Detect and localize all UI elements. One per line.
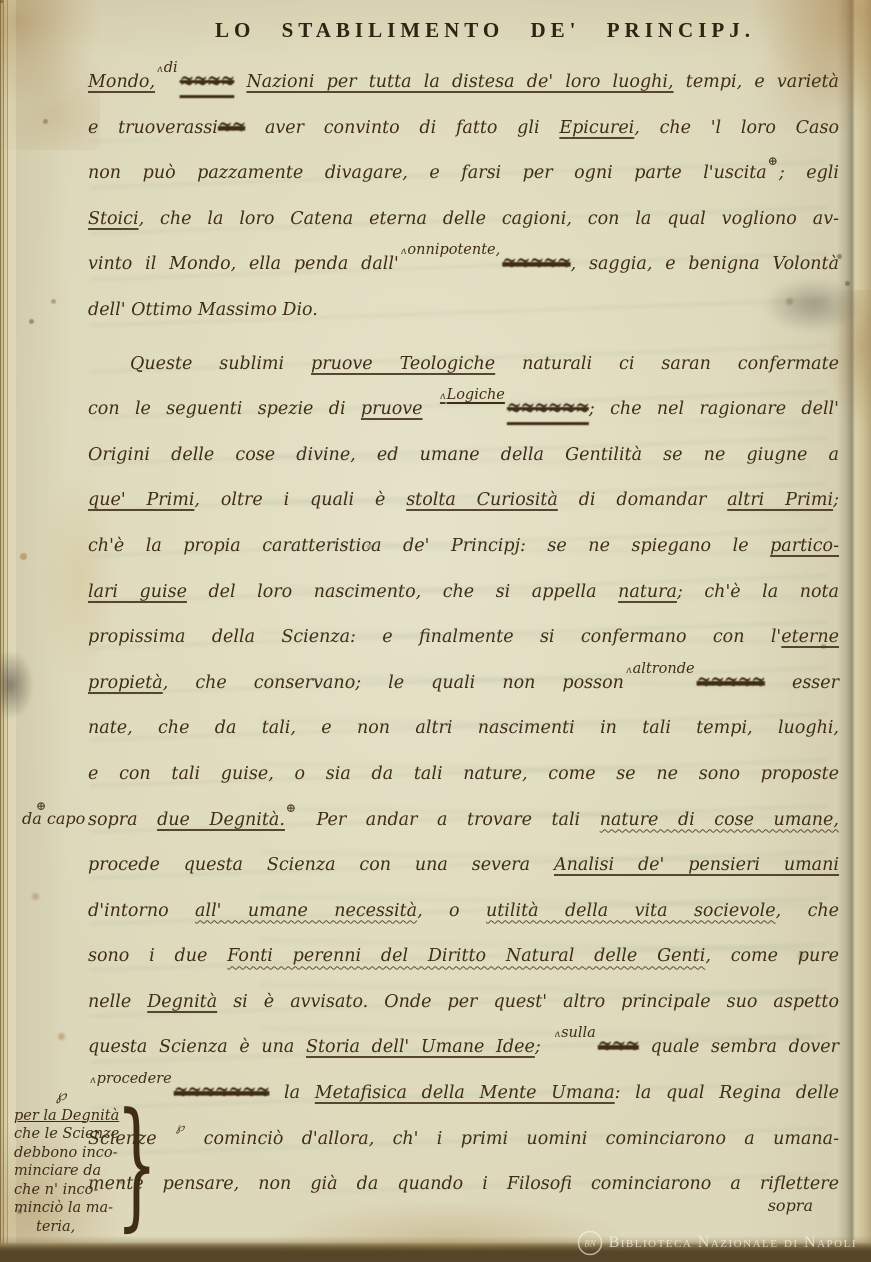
handwritten-text: , che 'l loro Caso [634,118,839,138]
handwritten-text: Epicurei [559,118,634,138]
handwritten-text: ch'è la propia caratteristica de' Princi… [88,536,770,556]
manuscript-line: que' Primi, oltre i quali è stolta Curio… [88,478,839,524]
handwritten-text: esser [765,673,839,693]
handwritten-text: propietà [88,673,163,693]
interlinear-insertion: altronde [626,669,695,671]
handwritten-text: , che [776,901,839,921]
handwritten-text: due Degnità. [157,810,285,830]
margin-note-line: minciare da [14,1162,132,1181]
handwritten-text: Stoici [88,209,139,229]
margin-note-degnita: ℘ per la Degnitàche le Scienzedebbono in… [14,1086,132,1236]
manuscript-line: Stoici, che la loro Catena eterna delle … [88,197,839,243]
manuscript-line: propietà, che conservano; le quali non p… [88,661,839,707]
interlinear-insertion: sulla [554,1033,595,1035]
handwritten-text: Nazioni per tutta la distesa de' loro lu… [246,72,673,92]
manuscript-line: ch'è la propia caratteristica de' Princi… [88,524,839,570]
watermark-text: Biblioteca Nazionale di Napoli [609,1234,857,1252]
manuscript-scan: { "page": { "title": "LO STABILIMENTO DE… [0,0,871,1262]
handwritten-text: Per andar a trovare tali [297,810,600,830]
cancelled-scribble: ≈≈≈≈≈≈≈ [174,1060,270,1128]
handwritten-text: , oltre i quali è [194,490,406,510]
handwritten-text: con le seguenti spezie di [88,399,361,419]
handwritten-text: nate, che da tali, e non altri nasciment… [88,718,839,738]
library-seal-icon: BN [577,1230,603,1256]
handwritten-text: non può pazzamente divagare, e farsi per… [88,163,767,183]
handwritten-text: pruove Teologiche [311,354,495,374]
handwritten-text: d'intorno [88,901,195,921]
cancelled-scribble: ≈≈≈ [598,1014,639,1082]
margin-note-da-capo: ⊕ da capo [22,799,85,828]
handwritten-text: , che la loro Catena eterna delle cagion… [139,209,839,229]
handwritten-text: mente pensare, non già da quando i Filos… [88,1174,839,1194]
cancelled-scribble: ≈≈ [218,94,245,162]
handwritten-text: Queste sublimi [130,354,311,374]
manuscript-line: Queste sublimi pruove Teologiche natural… [88,342,839,388]
handwritten-text: ; che nel ragionare dell' [589,399,839,419]
handwritten-text [234,72,246,92]
library-watermark: BN Biblioteca Nazionale di Napoli [577,1230,857,1256]
interlinear-insertion: Logiche [440,395,505,397]
handwritten-text: all' umane necessità [195,901,417,921]
handwritten-text: nature di cose umane, [600,810,839,830]
handwritten-text: e truoverassi [88,118,218,138]
manuscript-line: vinto il Mondo, ella penda dall'onnipote… [88,242,839,288]
paragraph: Queste sublimi pruove Teologiche natural… [88,342,839,1208]
manuscript-line: procedere≈≈≈≈≈≈≈ la Metafisica della Men… [88,1071,839,1117]
manuscript-line: procede questa Scienza con una severa An… [88,843,839,889]
handwritten-text: utilità della vita socievole [486,901,776,921]
book-gutter-edge [0,0,16,1262]
handwritten-text: procede questa Scienza con una severa [88,855,554,875]
handwritten-text: di domandar [558,490,727,510]
handwritten-text: ; egli [779,163,839,183]
handwritten-text: del loro nascimento, che si appella [187,582,618,602]
handwritten-text: Analisi de' pensieri umani [554,855,839,875]
handwritten-text: quale sembra dover [639,1037,839,1057]
page-fold-edge [837,0,871,1262]
handwritten-text: Metafisica della Mente Umana [315,1083,615,1103]
handwritten-text: la [269,1083,314,1103]
handwritten-text: partico- [770,536,839,556]
manuscript-line: sono i due Fonti perenni del Diritto Nat… [88,934,839,980]
handwritten-text: propissima della Scienza: e finalmente s… [88,627,781,647]
manuscript-line: Mondo,di≈≈≈≈ Nazioni per tutta la distes… [88,60,839,106]
handwritten-text: dell' Ottimo Massimo Dio. [88,300,318,320]
handwritten-text [423,399,438,419]
handwritten-text: altri Primi [727,490,833,510]
manuscript-line: mente pensare, non già da quando i Filos… [88,1162,839,1208]
manuscript-line: non può pazzamente divagare, e farsi per… [88,151,839,197]
handwritten-text: Fonti perenni del Diritto Natural delle … [227,946,705,966]
handwritten-text: ; [833,490,839,510]
handwritten-text: ; ch'è la nota [677,582,839,602]
cancelled-scribble: ≈≈≈≈≈ [502,231,570,299]
manuscript-line: con le seguenti spezie di pruove Logiche… [88,387,839,433]
margin-note-line: minciò la ma- [14,1199,132,1218]
manuscript-line: nelle Degnità si è avvisato. Onde per qu… [88,980,839,1026]
handwritten-text: natura [618,582,677,602]
svg-text:BN: BN [584,1239,596,1249]
manuscript-line: Origini delle cose divine, ed umane dell… [88,433,839,479]
manuscript-line: e con tali guise, o sia da tali nature, … [88,752,839,798]
handwritten-text: lari guise [88,582,187,602]
cancelled-scribble: ≈≈≈≈≈≈ [507,376,589,444]
paragraph: Mondo,di≈≈≈≈ Nazioni per tutta la distes… [88,60,839,334]
handwritten-text: , o [417,901,486,921]
handwritten-text: ; [535,1037,553,1057]
margin-note-line: che le Scienze [14,1125,132,1144]
margin-note-line: che n' inco- [14,1181,132,1200]
handwritten-text: , saggia, e benigna Volontà [571,254,839,274]
manuscript-line: dell' Ottimo Massimo Dio. [88,288,839,334]
handwritten-text: questa Scienza è una [88,1037,306,1057]
handwritten-text: : la qual Regina delle [615,1083,839,1103]
handwritten-text: nelle [88,992,147,1012]
margin-note-text: da capo [22,809,85,828]
cancelled-scribble: ≈≈≈≈≈ [697,649,765,717]
manuscript-line: d'intorno all' umane necessità, o utilit… [88,889,839,935]
margin-note-line: per la Degnità [14,1107,132,1126]
handwritten-text: Mondo, [88,72,155,92]
handwritten-text: Storia dell' Umane Idee [306,1037,535,1057]
margin-note-line: teria, [14,1218,132,1237]
margin-note-line: debbono inco- [14,1144,132,1163]
margin-note-lines: per la Degnitàche le Scienzedebbono inco… [14,1107,132,1237]
handwritten-text: que' Primi [88,490,194,510]
handwritten-text: sono i due [88,946,227,966]
handwritten-text: sopra [88,810,157,830]
handwritten-text: pruove [361,399,423,419]
handwritten-text: e con tali guise, o sia da tali nature, … [88,764,839,784]
handwritten-text: , come pure [705,946,839,966]
interlinear-insertion: onnipotente, [401,250,500,252]
handwritten-text: Degnità [147,992,217,1012]
interlinear-insertion: di [157,68,178,70]
handwritten-text: vinto il Mondo, ella penda dall' [88,254,399,274]
manuscript-text: Mondo,di≈≈≈≈ Nazioni per tutta la distes… [88,60,839,1208]
handwritten-text: aver convinto di fatto gli [245,118,559,138]
manuscript-line: lari guise del loro nascimento, che si a… [88,570,839,616]
handwritten-text: , che conservano; le quali non posson [163,673,624,693]
manuscript-line: sopra due Degnità.⊕ Per andar a trovare … [88,798,839,844]
margin-brace: } [116,1072,157,1257]
handwritten-text: si è avvisato. Onde per quest' altro pri… [217,992,839,1012]
handwritten-text: stolta Curiosità [406,490,558,510]
handwritten-text: eterne [781,627,839,647]
handwritten-text: tempi, e varietà [674,72,839,92]
handwritten-text: cominciò d'allora, ch' i primi uomini co… [185,1129,839,1149]
catchword: sopra [768,1196,813,1215]
page-title: LO STABILIMENTO DE' PRINCIPJ. [180,18,790,43]
handwritten-text: naturali ci saran confermate [495,354,839,374]
handwritten-text: Origini delle cose divine, ed umane dell… [88,445,839,465]
